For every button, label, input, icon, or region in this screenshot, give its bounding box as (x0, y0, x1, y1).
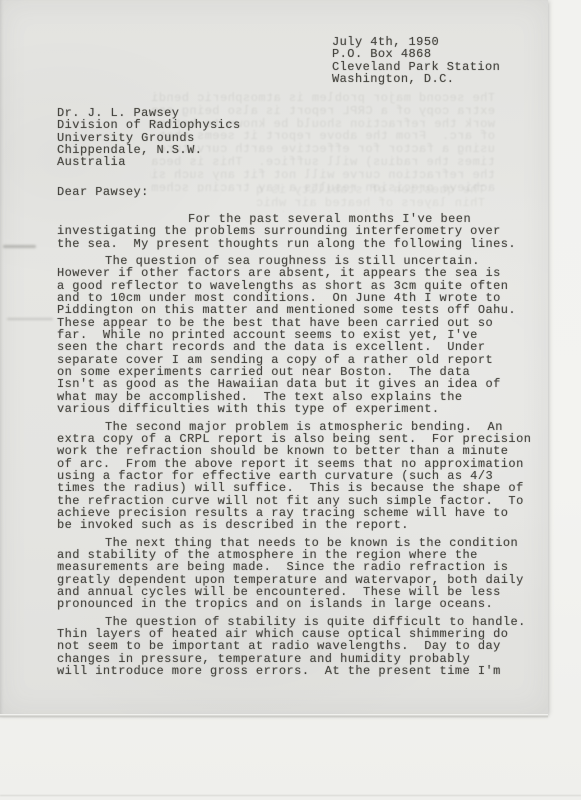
scan-background: The second major problem is atmospheric … (0, 0, 581, 800)
bleedthrough-text-salutation: The question of stability is quite diffi… (255, 184, 485, 212)
salutation: Dear Pawsey: (57, 186, 149, 198)
paragraph-3: The second major problem is atmospheric … (57, 421, 537, 532)
letter-page: The second major problem is atmospheric … (0, 0, 548, 714)
ink-smudge-1 (3, 245, 36, 248)
page-bottom-edge (0, 714, 548, 718)
ink-smudge-2 (7, 318, 53, 320)
sender-date-block: July 4th, 1950 P.O. Box 4868 Cleveland P… (332, 36, 500, 85)
letter-body: For the past several months I've been in… (57, 213, 537, 682)
recipient-address-block: Dr. J. L. Pawsey Division of Radiophysic… (57, 107, 241, 169)
under-sheet-edge-line (0, 795, 581, 796)
paragraph-2: The question of sea roughness is still u… (57, 255, 537, 415)
paragraph-4: The next thing that needs to be known is… (57, 537, 537, 611)
paragraph-5: The question of stability is quite diffi… (57, 616, 537, 678)
paragraph-1: For the past several months I've been in… (57, 213, 537, 250)
